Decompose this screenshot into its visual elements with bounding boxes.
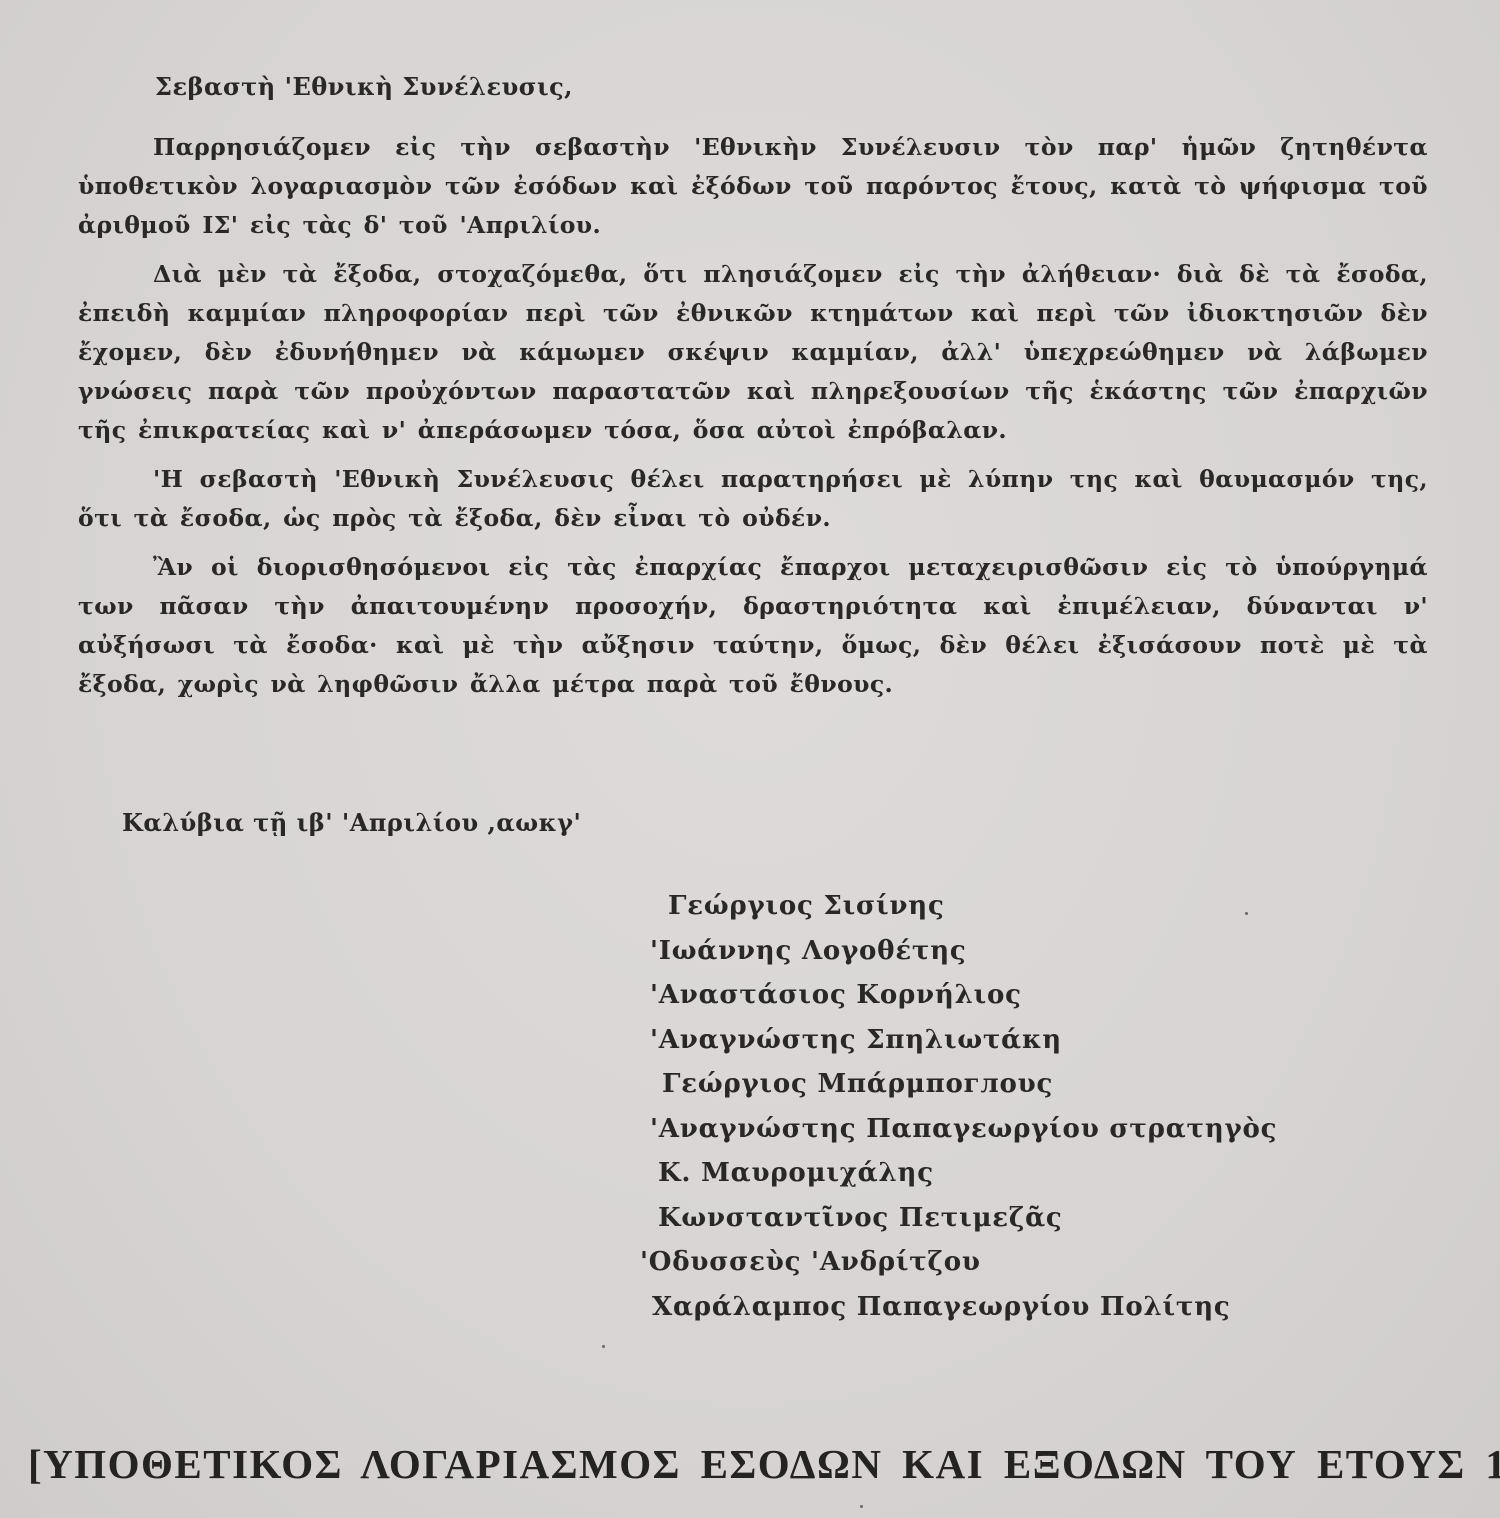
signatory: Γεώργιος Σισίνης: [640, 884, 1277, 929]
signatory: Γεώργιος Μπάρμποглους: [640, 1062, 1277, 1107]
paragraph-prefects: Ἂν οἱ διορισθησόμενοι εἰς τὰς ἐπαρχίας ἔ…: [78, 548, 1428, 704]
salutation: Σεβαστὴ 'Εθνικὴ Συνέλευσις,: [155, 72, 573, 101]
document-footer-title: [ΥΠΟΘΕΤΙΚΟΣ ΛΟΓΑΡΙΑΣΜΟΣ ΕΣΟΔΩΝ ΚΑΙ ΕΞΟΔΩ…: [28, 1440, 1428, 1488]
paragraph-presentation: Παρρησιάζομεν εἰς τὴν σεβαστὴν 'Εθνικὴν …: [78, 128, 1428, 245]
signatory: 'Οδυσσεὺς 'Ανδρίτζου: [640, 1240, 1277, 1285]
place-date-line: Καλύβια τῇ ιβ' 'Απριλίου ,αωκγ': [122, 808, 581, 837]
signatory: 'Ιωάννης Λογοθέτης: [640, 929, 1277, 974]
paper-speck: [602, 1345, 605, 1348]
paper-speck: [860, 1505, 863, 1508]
signatory: Κωνσταντῖνος Πετιμεζᾶς: [640, 1196, 1277, 1241]
paragraph-observation: 'Η σεβαστὴ 'Εθνικὴ Συνέλευσις θέλει παρα…: [78, 460, 1428, 538]
paragraph-expenses-revenues: Διὰ μὲν τὰ ἔξοδα, στοχαζόμεθα, ὅτι πλησι…: [78, 255, 1428, 450]
signatory-list: Γεώργιος Σισίνης 'Ιωάννης Λογοθέτης 'Ανα…: [640, 884, 1277, 1329]
scanned-page: Σεβαστὴ 'Εθνικὴ Συνέλευσις, Παρρησιάζομε…: [0, 0, 1500, 1518]
signatory: 'Αναστάσιος Κορνήλιος: [640, 973, 1277, 1018]
signatory: Χαράλαμπος Παπαγεωργίου Πολίτης: [640, 1285, 1277, 1330]
signatory: Κ. Μαυρομιχάλης: [640, 1151, 1277, 1196]
signatory: 'Αναγνώστης Σπηλιωτάκη: [640, 1018, 1277, 1063]
letter-body: Παρρησιάζομεν εἰς τὴν σεβαστὴν 'Εθνικὴν …: [78, 128, 1428, 714]
signatory: 'Αναγνώστης Παπαγεωργίου στρατηγὸς: [640, 1107, 1277, 1152]
paper-speck: [1245, 912, 1248, 915]
